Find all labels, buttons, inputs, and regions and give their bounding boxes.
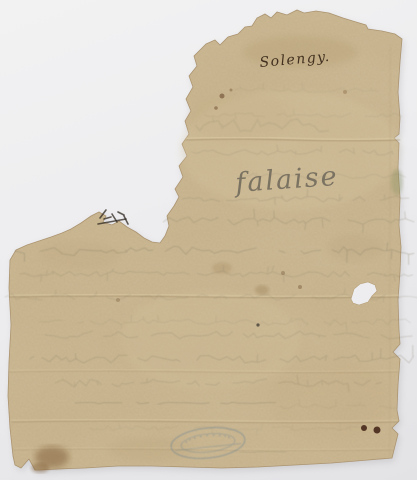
scan-background: Solengy. falaise [0,0,417,480]
parchment-scan: Solengy. falaise [0,0,417,480]
parchment-layers [5,10,417,473]
